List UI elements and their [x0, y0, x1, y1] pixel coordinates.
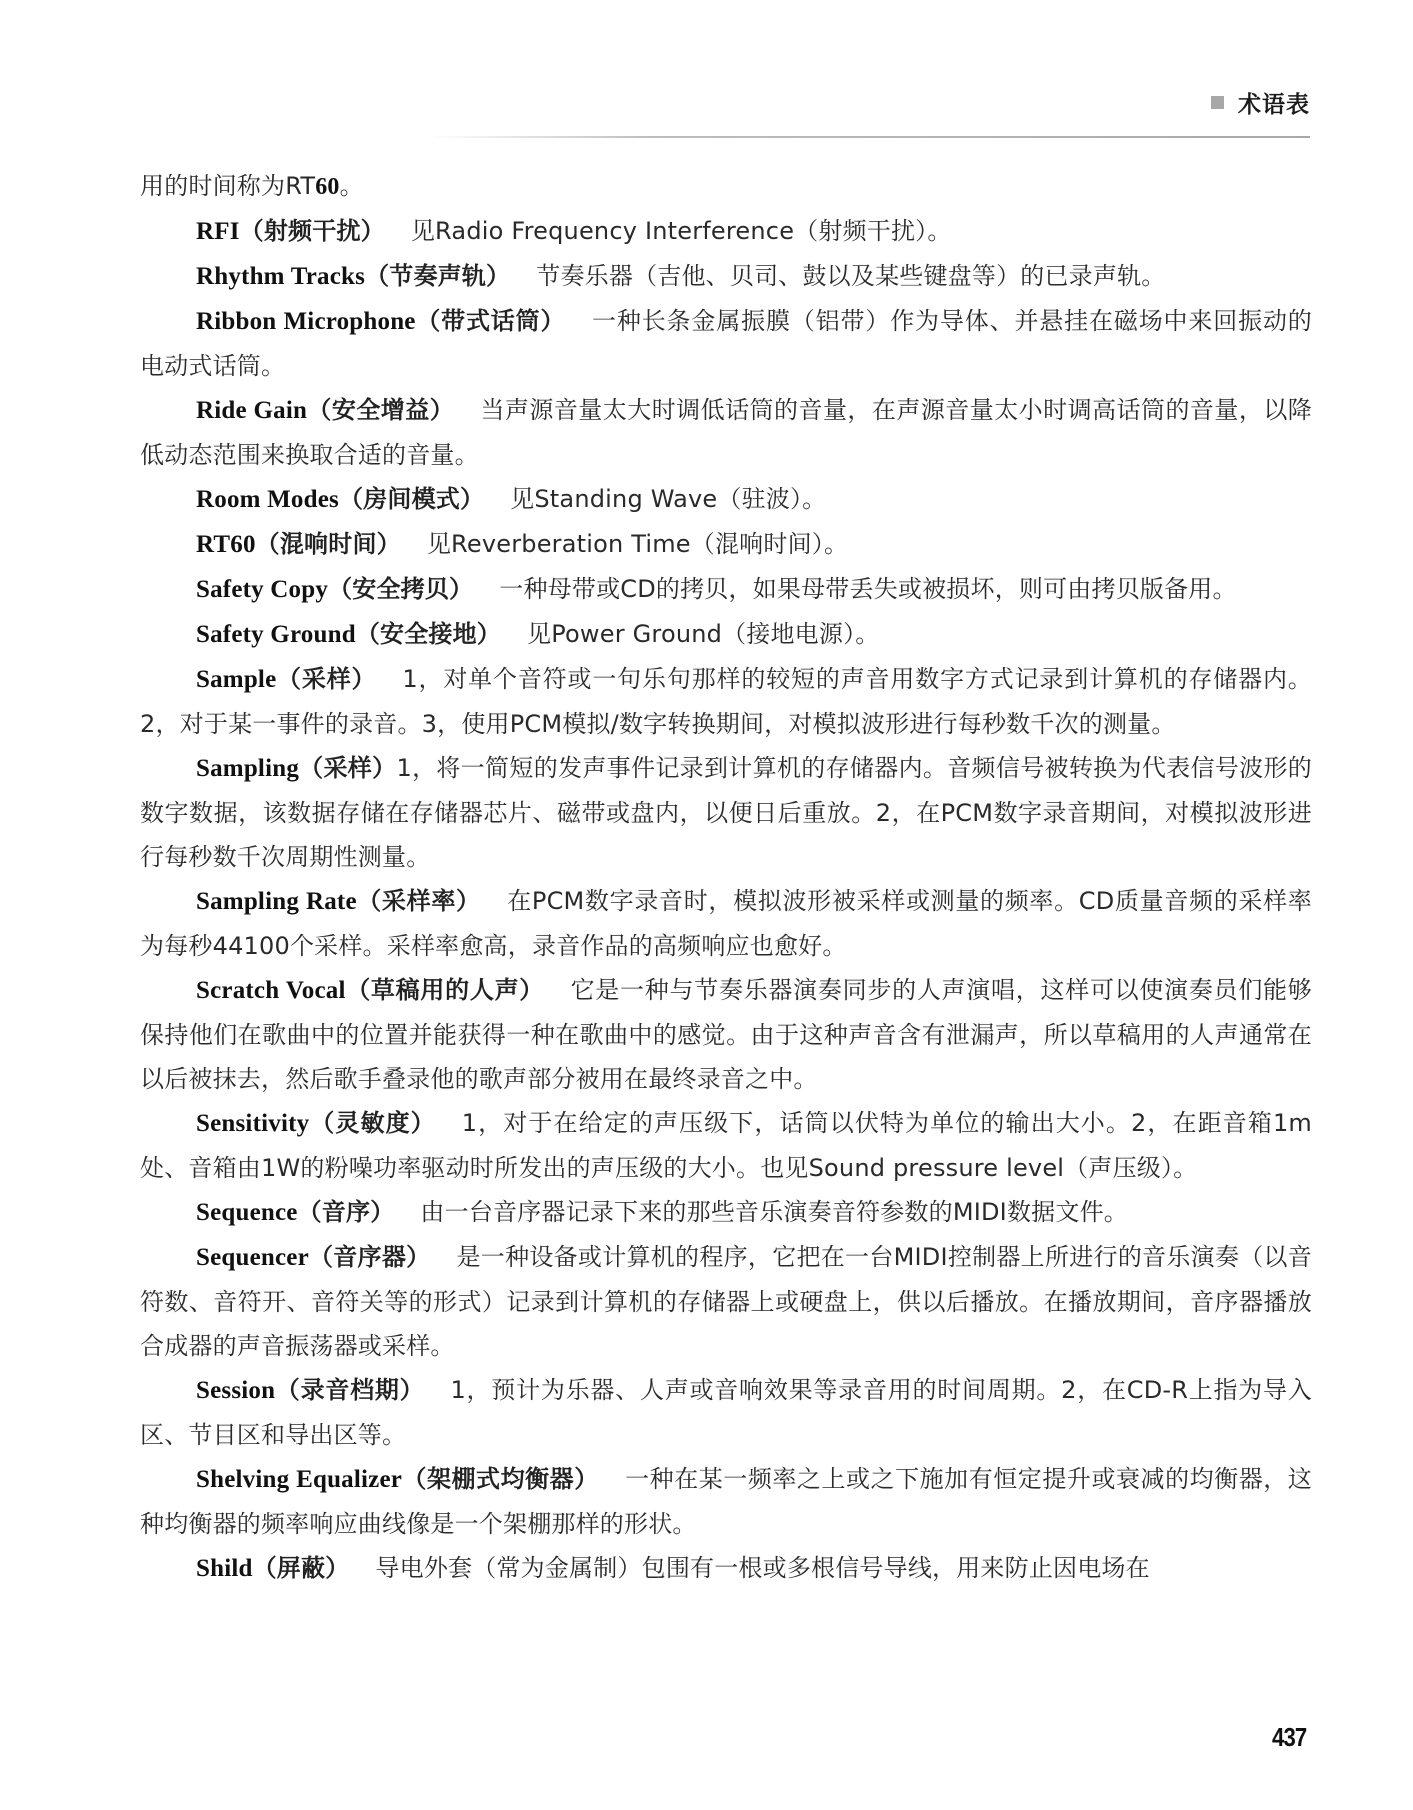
entry-term-chinese: （灵敏度）: [309, 1109, 435, 1137]
entry-term: Rhythm Tracks: [196, 263, 365, 290]
glossary-entry: Room Modes（房间模式）见Standing Wave（驻波）。: [140, 477, 1312, 522]
entry-term: Sampling Rate: [196, 888, 357, 915]
entry-term: Ribbon Microphone: [196, 308, 416, 335]
glossary-entry: Ride Gain（安全增益）当声源音量太大时调低话筒的音量，在声源音量太小时调…: [140, 388, 1312, 477]
entry-term-chinese: （采样）: [276, 665, 376, 693]
continued-text: 用的时间称为RT: [140, 172, 315, 200]
entry-term: Sampling: [196, 755, 299, 782]
entry-term: Sensitivity: [196, 1110, 309, 1137]
glossary-entries: RFI（射频干扰）见Radio Frequency Interference（射…: [140, 209, 1312, 1591]
entry-definition: 见Radio Frequency Interference（射频干扰）。: [411, 217, 952, 245]
entry-term-chinese: （安全拷贝）: [328, 575, 473, 603]
entry-term: Safety Ground: [196, 621, 356, 648]
continued-bold-suffix: 60: [315, 174, 339, 200]
glossary-entry: Rhythm Tracks（节奏声轨）节奏乐器（吉他、贝司、鼓以及某些键盘等）的…: [140, 254, 1312, 299]
entry-term: Safety Copy: [196, 576, 328, 603]
entry-term: RFI: [196, 218, 240, 245]
entry-term: Ride Gain: [196, 397, 307, 424]
entry-term-chinese: （屏蔽）: [253, 1554, 350, 1582]
entry-term: Scratch Vocal: [196, 977, 346, 1004]
glossary-entry: Shild（屏蔽）导电外套（常为金属制）包围有一根或多根信号导线，用来防止因电场…: [140, 1546, 1312, 1591]
entry-definition: 一种母带或CD的拷贝，如果母带丢失或被损坏，则可由拷贝版备用。: [499, 575, 1236, 603]
header-divider: [430, 136, 1310, 138]
entry-term-chinese: （射频干扰）: [240, 217, 385, 245]
glossary-entry: RT60（混响时间）见Reverberation Time（混响时间）。: [140, 522, 1312, 567]
entry-term-chinese: （安全接地）: [356, 620, 501, 648]
entry-definition: 导电外套（常为金属制）包围有一根或多根信号导线，用来防止因电场在: [375, 1554, 1149, 1582]
glossary-entry: Ribbon Microphone（带式话筒）一种长条金属振膜（铝带）作为导体、…: [140, 299, 1312, 388]
glossary-entry: Session（录音档期）1，预计为乐器、人声或音响效果等录音用的时间周期。2，…: [140, 1368, 1312, 1457]
glossary-entry: RFI（射频干扰）见Radio Frequency Interference（射…: [140, 209, 1312, 254]
entry-term-chinese: （采样率）: [357, 887, 481, 915]
entry-term: Sequence: [196, 1199, 298, 1226]
entry-term-chinese: （音序）: [298, 1198, 395, 1226]
entry-term-chinese: （录音档期）: [275, 1376, 424, 1404]
entry-term-chinese: （采样）: [299, 754, 396, 782]
glossary-entry: Sample（采样）1，对单个音符或一句乐句那样的较短的声音用数字方式记录到计算…: [140, 657, 1312, 746]
entry-definition: 由一台音序器记录下来的那些音乐演奏音符参数的MIDI数据文件。: [420, 1198, 1128, 1226]
section-title: 术语表: [1238, 86, 1310, 119]
entry-term: Room Modes: [196, 486, 339, 513]
continued-paragraph: 用的时间称为RT60。: [140, 164, 1312, 209]
glossary-entry: Sensitivity（灵敏度）1，对于在给定的声压级下，话筒以伏特为单位的输出…: [140, 1101, 1312, 1190]
entry-definition: 见Power Ground（接地电源）。: [527, 620, 879, 648]
entry-term: RT60: [196, 531, 256, 558]
entry-term: Session: [196, 1377, 275, 1404]
glossary-entry: Shelving Equalizer（架棚式均衡器）一种在某一频率之上或之下施加…: [140, 1457, 1312, 1546]
entry-term-chinese: （带式话筒）: [416, 307, 566, 335]
entry-term-chinese: （混响时间）: [256, 530, 401, 558]
entry-term: Sequencer: [196, 1244, 309, 1271]
entry-term-chinese: （房间模式）: [339, 485, 484, 513]
glossary-entry: Scratch Vocal（草稿用的人声）它是一种与节奏乐器演奏同步的人声演唱，…: [140, 968, 1312, 1101]
entry-term-chinese: （节奏声轨）: [365, 262, 510, 290]
entry-term: Shild: [196, 1555, 253, 1582]
entry-term-chinese: （草稿用的人声）: [346, 976, 544, 1004]
entry-term-chinese: （架棚式均衡器）: [402, 1465, 599, 1493]
glossary-entry: Sampling Rate（采样率）在PCM数字录音时，模拟波形被采样或测量的频…: [140, 879, 1312, 968]
glossary-entry: Sequence（音序）由一台音序器记录下来的那些音乐演奏音符参数的MIDI数据…: [140, 1190, 1312, 1235]
glossary-entry: Sampling（采样）1，将一简短的发声事件记录到计算机的存储器内。音频信号被…: [140, 746, 1312, 879]
glossary-entry: Sequencer（音序器）是一种设备或计算机的程序，它把在一台MIDI控制器上…: [140, 1235, 1312, 1368]
entry-definition: 见Standing Wave（驻波）。: [510, 485, 826, 513]
entry-term-chinese: （安全增益）: [307, 396, 454, 424]
entry-definition: 节奏乐器（吉他、贝司、鼓以及某些键盘等）的已录声轨。: [536, 262, 1165, 290]
glossary-body: 用的时间称为RT60。 RFI（射频干扰）见Radio Frequency In…: [140, 164, 1312, 1591]
glossary-entry: Safety Copy（安全拷贝）一种母带或CD的拷贝，如果母带丢失或被损坏，则…: [140, 567, 1312, 612]
continued-end: 。: [340, 172, 364, 200]
entry-definition: 见Reverberation Time（混响时间）。: [427, 530, 848, 558]
entry-term: Shelving Equalizer: [196, 1466, 402, 1493]
glossary-entry: Safety Ground（安全接地）见Power Ground（接地电源）。: [140, 612, 1312, 657]
section-marker-icon: [1211, 96, 1224, 109]
page-number: 437: [1272, 1722, 1306, 1753]
running-header: 术语表: [1211, 86, 1310, 119]
entry-term-chinese: （音序器）: [309, 1243, 431, 1271]
entry-term: Sample: [196, 666, 276, 693]
